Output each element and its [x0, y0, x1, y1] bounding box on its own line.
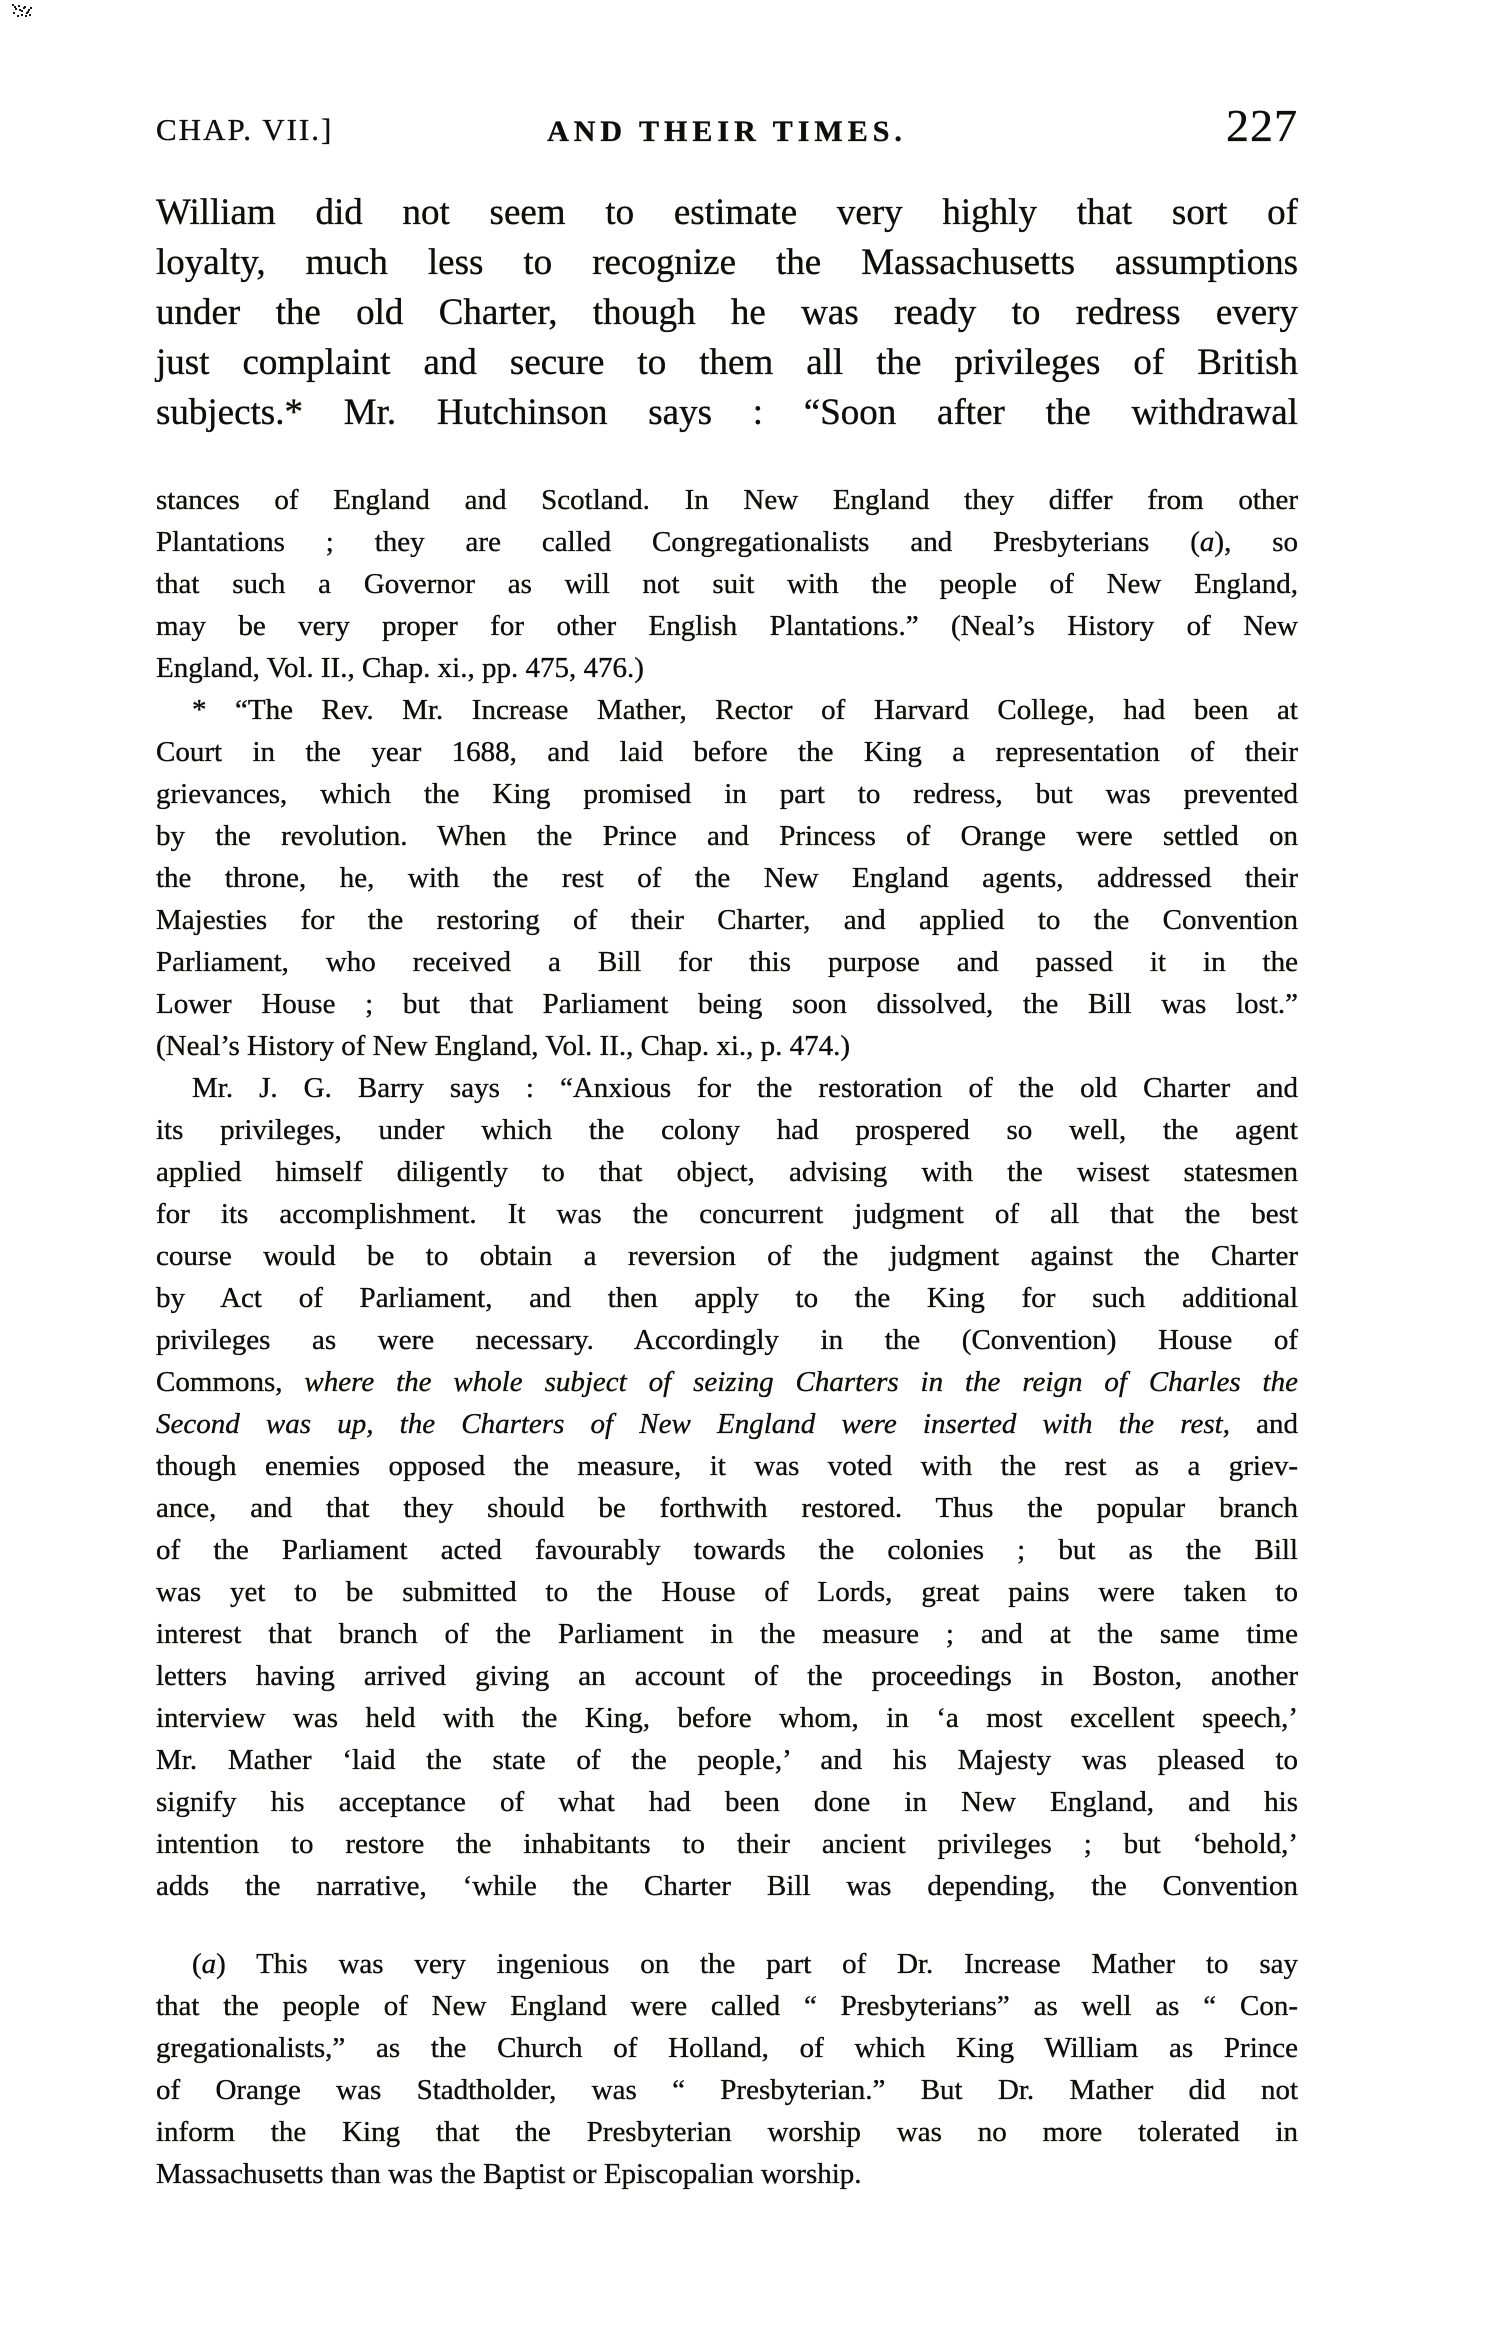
text-line: grievances, which the King promised in p…: [156, 773, 1298, 815]
text-line: under the old Charter, though he was rea…: [156, 288, 1298, 338]
text-line: Mr. Mather ‘laid the state of the people…: [156, 1739, 1298, 1781]
text-line: Mr. J. G. Barry says : “Anxious for the …: [156, 1067, 1298, 1109]
text-line: Commons, where the whole subject of seiz…: [156, 1361, 1298, 1403]
text-line: Parliament, who received a Bill for this…: [156, 941, 1298, 983]
text-line: of Orange was Stadtholder, was “ Presbyt…: [156, 2069, 1298, 2111]
text-line: intention to restore the inhabitants to …: [156, 1823, 1298, 1865]
text-segment: of Orange was Stadtholder, was “ Presbyt…: [156, 2074, 1298, 2106]
italic-text: a: [202, 1948, 217, 1980]
text-segment: (Neal’s History of New England, Vol. II.…: [156, 1030, 850, 1062]
text-segment: ), so: [1214, 526, 1298, 558]
text-segment: privileges as were necessary. Accordingl…: [156, 1324, 1298, 1356]
text-segment: that such a Governor as will not suit wi…: [156, 568, 1298, 600]
text-segment: Plantations ; they are called Congregati…: [156, 526, 1200, 558]
text-line: subjects.* Mr. Hutchinson says : “Soon a…: [156, 388, 1298, 438]
text-line: may be very proper for other English Pla…: [156, 605, 1298, 647]
text-segment: course would be to obtain a reversion of…: [156, 1240, 1298, 1272]
text-segment: intention to restore the inhabitants to …: [156, 1828, 1298, 1860]
text-segment: Court in the year 1688, and laid before …: [156, 736, 1298, 768]
text-line: applied himself diligently to that objec…: [156, 1151, 1298, 1193]
text-segment: signify his acceptance of what had been …: [156, 1786, 1298, 1818]
text-segment: its privileges, under which the colony h…: [156, 1114, 1298, 1146]
text-segment: interest that branch of the Parliament i…: [156, 1618, 1298, 1650]
italic-text: a: [1200, 526, 1215, 558]
text-segment: by Act of Parliament, and then apply to …: [156, 1282, 1298, 1314]
text-line: inform the King that the Presbyterian wo…: [156, 2111, 1298, 2153]
text-line: just complaint and secure to them all th…: [156, 338, 1298, 388]
scan-artifact: [12, 4, 14, 6]
text-line: for its accomplishment. It was the concu…: [156, 1193, 1298, 1235]
page-header: CHAP. VII.] AND THEIR TIMES. 227: [156, 0, 1298, 170]
text-line: (Neal’s History of New England, Vol. II.…: [156, 1025, 1298, 1067]
text-line: stances of England and Scotland. In New …: [156, 479, 1298, 521]
text-segment: adds the narrative, ‘while the Charter B…: [156, 1870, 1298, 1902]
text-line: interest that branch of the Parliament i…: [156, 1613, 1298, 1655]
text-line: adds the narrative, ‘while the Charter B…: [156, 1865, 1298, 1907]
text-segment: applied himself diligently to that objec…: [156, 1156, 1298, 1188]
text-line: gregationalists,” as the Church of Holla…: [156, 2027, 1298, 2069]
text-segment: Mr. Mather ‘laid the state of the people…: [156, 1744, 1298, 1776]
text-line: letters having arrived giving an account…: [156, 1655, 1298, 1697]
text-segment: under the old Charter, though he was rea…: [156, 292, 1298, 333]
text-line: England, Vol. II., Chap. xi., pp. 475, 4…: [156, 647, 1298, 689]
text-line: Massachusetts than was the Baptist or Ep…: [156, 2153, 1298, 2195]
text-segment: by the revolution. When the Prince and P…: [156, 820, 1298, 852]
chapter-label: CHAP. VII.]: [156, 112, 333, 148]
text-segment: letters having arrived giving an account…: [156, 1660, 1298, 1692]
text-segment: ance, and that they should be forthwith …: [156, 1492, 1298, 1524]
text-segment: though enemies opposed the measure, it w…: [156, 1450, 1298, 1482]
footnote-block: stances of England and Scotland. In New …: [156, 479, 1298, 1907]
text-segment: was yet to be submitted to the House of …: [156, 1576, 1298, 1608]
text-line: * “The Rev. Mr. Increase Mather, Rector …: [156, 689, 1298, 731]
text-line: though enemies opposed the measure, it w…: [156, 1445, 1298, 1487]
main-paragraph: William did not seem to estimate very hi…: [156, 188, 1298, 438]
text-segment: inform the King that the Presbyterian wo…: [156, 2116, 1298, 2148]
text-segment: * “The Rev. Mr. Increase Mather, Rector …: [192, 694, 1298, 726]
text-line: the throne, he, with the rest of the New…: [156, 857, 1298, 899]
text-line: that the people of New England were call…: [156, 1985, 1298, 2027]
text-line: ance, and that they should be forthwith …: [156, 1487, 1298, 1529]
text-line: by the revolution. When the Prince and P…: [156, 815, 1298, 857]
text-segment: Majesties for the restoring of their Cha…: [156, 904, 1298, 936]
text-segment: Commons,: [156, 1366, 304, 1398]
text-line: Second was up, the Charters of New Engla…: [156, 1403, 1298, 1445]
text-segment: stances of England and Scotland. In New …: [156, 484, 1298, 516]
text-segment: that the people of New England were call…: [156, 1990, 1298, 2022]
page-number: 227: [1226, 99, 1298, 152]
text-segment: William did not seem to estimate very hi…: [156, 192, 1298, 233]
text-segment: of the Parliament acted favourably towar…: [156, 1534, 1298, 1566]
text-line: Court in the year 1688, and laid before …: [156, 731, 1298, 773]
text-segment: interview was held with the King, before…: [156, 1702, 1298, 1734]
text-segment: gregationalists,” as the Church of Holla…: [156, 2032, 1298, 2064]
text-line: (a) This was very ingenious on the part …: [156, 1943, 1298, 1985]
text-segment: Massachusetts than was the Baptist or Ep…: [156, 2158, 862, 2190]
book-page: CHAP. VII.] AND THEIR TIMES. 227 William…: [0, 0, 1506, 2339]
text-segment: England, Vol. II., Chap. xi., pp. 475, 4…: [156, 652, 644, 684]
note-a-block: (a) This was very ingenious on the part …: [156, 1943, 1298, 2195]
text-segment: ) This was very ingenious on the part of…: [216, 1948, 1298, 1980]
text-segment: the throne, he, with the rest of the New…: [156, 862, 1298, 894]
text-segment: Lower House ; but that Parliament being …: [156, 988, 1298, 1020]
text-segment: subjects.* Mr. Hutchinson says : “Soon a…: [156, 392, 1298, 433]
text-line: loyalty, much less to recognize the Mass…: [156, 238, 1298, 288]
text-line: of the Parliament acted favourably towar…: [156, 1529, 1298, 1571]
text-segment: , and: [1223, 1408, 1298, 1440]
italic-text: where the whole subject of seizing Chart…: [304, 1366, 1298, 1398]
text-line: Plantations ; they are called Congregati…: [156, 521, 1298, 563]
text-line: William did not seem to estimate very hi…: [156, 188, 1298, 238]
text-line: that such a Governor as will not suit wi…: [156, 563, 1298, 605]
text-line: by Act of Parliament, and then apply to …: [156, 1277, 1298, 1319]
text-line: Lower House ; but that Parliament being …: [156, 983, 1298, 1025]
running-title: AND THEIR TIMES.: [547, 115, 907, 149]
text-line: privileges as were necessary. Accordingl…: [156, 1319, 1298, 1361]
text-segment: grievances, which the King promised in p…: [156, 778, 1298, 810]
text-segment: Parliament, who received a Bill for this…: [156, 946, 1298, 978]
text-line: interview was held with the King, before…: [156, 1697, 1298, 1739]
text-line: its privileges, under which the colony h…: [156, 1109, 1298, 1151]
text-segment: for its accomplishment. It was the concu…: [156, 1198, 1298, 1230]
text-segment: Mr. J. G. Barry says : “Anxious for the …: [192, 1072, 1298, 1104]
text-segment: just complaint and secure to them all th…: [156, 342, 1298, 383]
text-line: was yet to be submitted to the House of …: [156, 1571, 1298, 1613]
text-line: signify his acceptance of what had been …: [156, 1781, 1298, 1823]
italic-text: Second was up, the Charters of New Engla…: [156, 1408, 1223, 1440]
text-segment: loyalty, much less to recognize the Mass…: [156, 242, 1298, 283]
text-line: Majesties for the restoring of their Cha…: [156, 899, 1298, 941]
text-line: course would be to obtain a reversion of…: [156, 1235, 1298, 1277]
text-segment: (: [192, 1948, 202, 1980]
text-segment: may be very proper for other English Pla…: [156, 610, 1298, 642]
